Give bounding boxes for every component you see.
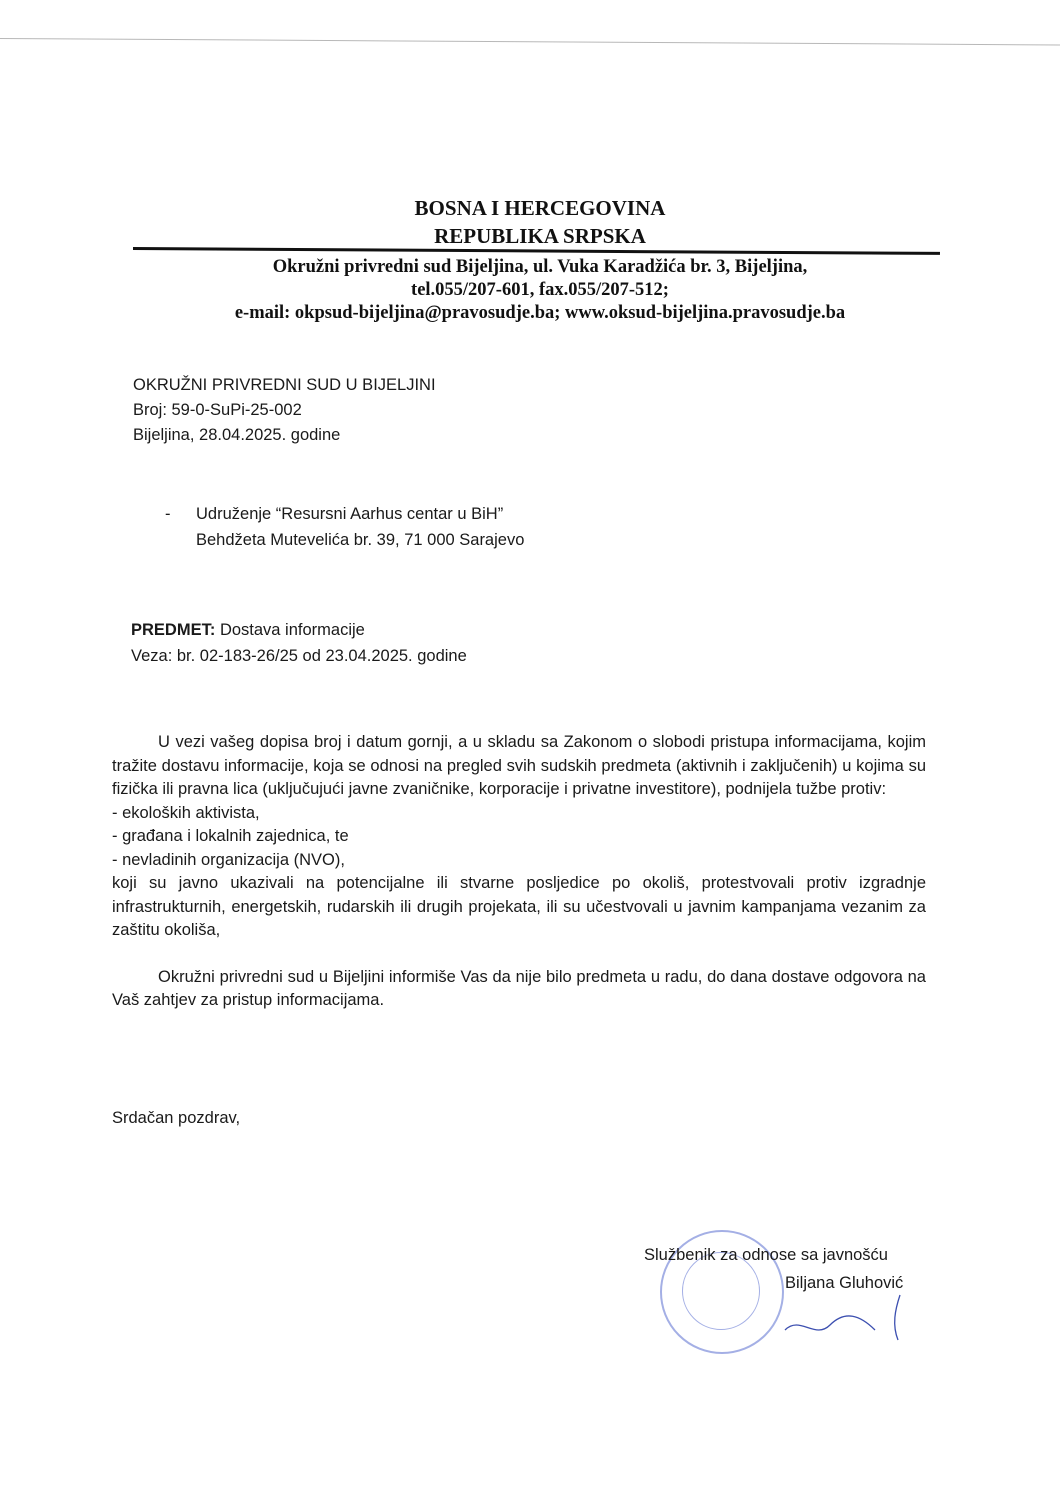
signatory-name: Biljana Gluhović	[785, 1274, 903, 1293]
list-item: - građana i lokalnih zajednica, te	[112, 825, 926, 849]
recipient-name: Udruženje “Resursni Aarhus centar u BiH”	[196, 505, 503, 524]
letterhead-phone: tel.055/207-601, fax.055/207-512;	[130, 280, 950, 301]
list-item: - nevladinih organizacija (NVO),	[112, 849, 926, 873]
letterhead-entity: REPUBLIKA SRPSKA	[130, 224, 950, 249]
subject-reference: Veza: br. 02-183-26/25 od 23.04.2025. go…	[131, 647, 467, 666]
subject-label: PREDMET:	[131, 621, 215, 639]
recipient-address: Behdžeta Mutevelića br. 39, 71 000 Saraj…	[196, 531, 524, 550]
list-item: - ekoloških aktivista,	[112, 802, 926, 826]
sender-place-date: Bijeljina, 28.04.2025. godine	[133, 426, 340, 445]
letterhead-contact: e-mail: okpsud-bijeljina@pravosudje.ba; …	[130, 303, 950, 324]
body-section: U vezi vašeg dopisa broj i datum gornji,…	[112, 731, 926, 1013]
sender-number: Broj: 59-0-SuPi-25-002	[133, 401, 302, 420]
recipient-bullet: -	[165, 505, 171, 524]
paragraph-request: U vezi vašeg dopisa broj i datum gornji,…	[112, 731, 926, 802]
subject-text: Dostava informacije	[220, 621, 365, 639]
signature-icon	[780, 1285, 930, 1345]
scan-edge-line	[0, 38, 1060, 45]
letterhead-address: Okružni privredni sud Bijeljina, ul. Vuk…	[130, 257, 950, 278]
closing-greeting: Srdačan pozdrav,	[112, 1109, 240, 1128]
letterhead-country: BOSNA I HERCEGOVINA	[130, 196, 950, 221]
signatory-title: Službenik za odnose sa javnošću	[644, 1246, 888, 1265]
subject-line: PREDMET: Dostava informacije	[131, 621, 365, 640]
paragraph-request-outro: koji su javno ukazivali na potencijalne …	[112, 872, 926, 943]
paragraph-answer: Okružni privredni sud u Bijeljini inform…	[112, 966, 926, 1013]
sender-court: OKRUŽNI PRIVREDNI SUD U BIJELJINI	[133, 376, 436, 395]
